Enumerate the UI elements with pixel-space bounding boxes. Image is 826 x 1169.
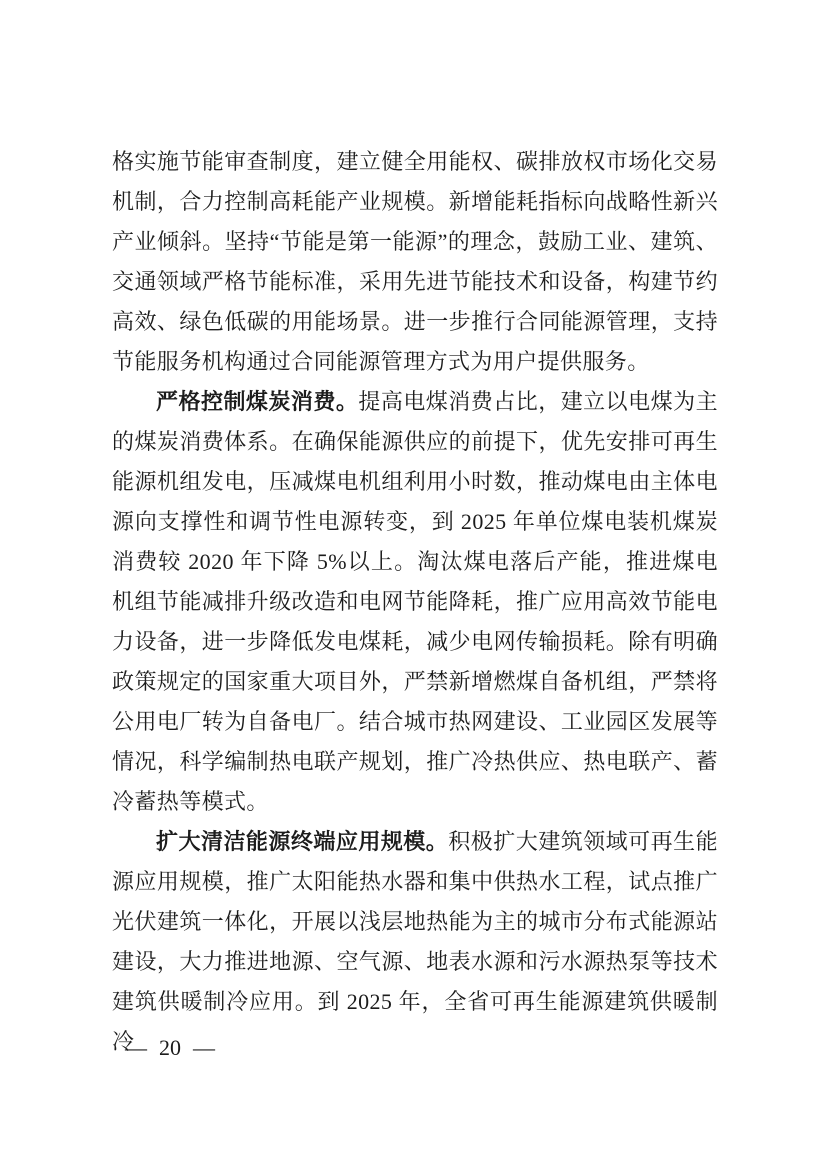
paragraph-body: 积极扩大建筑领域可再生能源应用规模，推广太阳能热水器和集中供热水工程，试点推广光… (112, 829, 718, 1054)
paragraph-2: 严格控制煤炭消费。提高电煤消费占比，建立以电煤为主的煤炭消费体系。在确保能源供应… (112, 382, 718, 822)
paragraph-1: 格实施节能审查制度，建立健全用能权、碳排放权市场化交易机制，合力控制高耗能产业规… (112, 142, 718, 382)
page-footer: — 20 — (125, 1034, 215, 1062)
paragraph-3: 扩大清洁能源终端应用规模。积极扩大建筑领域可再生能源应用规模，推广太阳能热水器和… (112, 822, 718, 1062)
paragraph-lead: 严格控制煤炭消费。 (156, 389, 358, 414)
page-number: 20 (159, 1034, 181, 1062)
document-page: 格实施节能审查制度，建立健全用能权、碳排放权市场化交易机制，合力控制高耗能产业规… (0, 0, 826, 1169)
paragraph-body: 格实施节能审查制度，建立健全用能权、碳排放权市场化交易机制，合力控制高耗能产业规… (112, 149, 718, 374)
paragraph-body: 提高电煤消费占比，建立以电煤为主的煤炭消费体系。在确保能源供应的前提下，优先安排… (112, 389, 718, 814)
footer-dash-left: — (125, 1034, 147, 1062)
footer-dash-right: — (193, 1034, 215, 1062)
paragraph-lead: 扩大清洁能源终端应用规模。 (156, 829, 448, 854)
document-text: 格实施节能审查制度，建立健全用能权、碳排放权市场化交易机制，合力控制高耗能产业规… (112, 142, 718, 1062)
